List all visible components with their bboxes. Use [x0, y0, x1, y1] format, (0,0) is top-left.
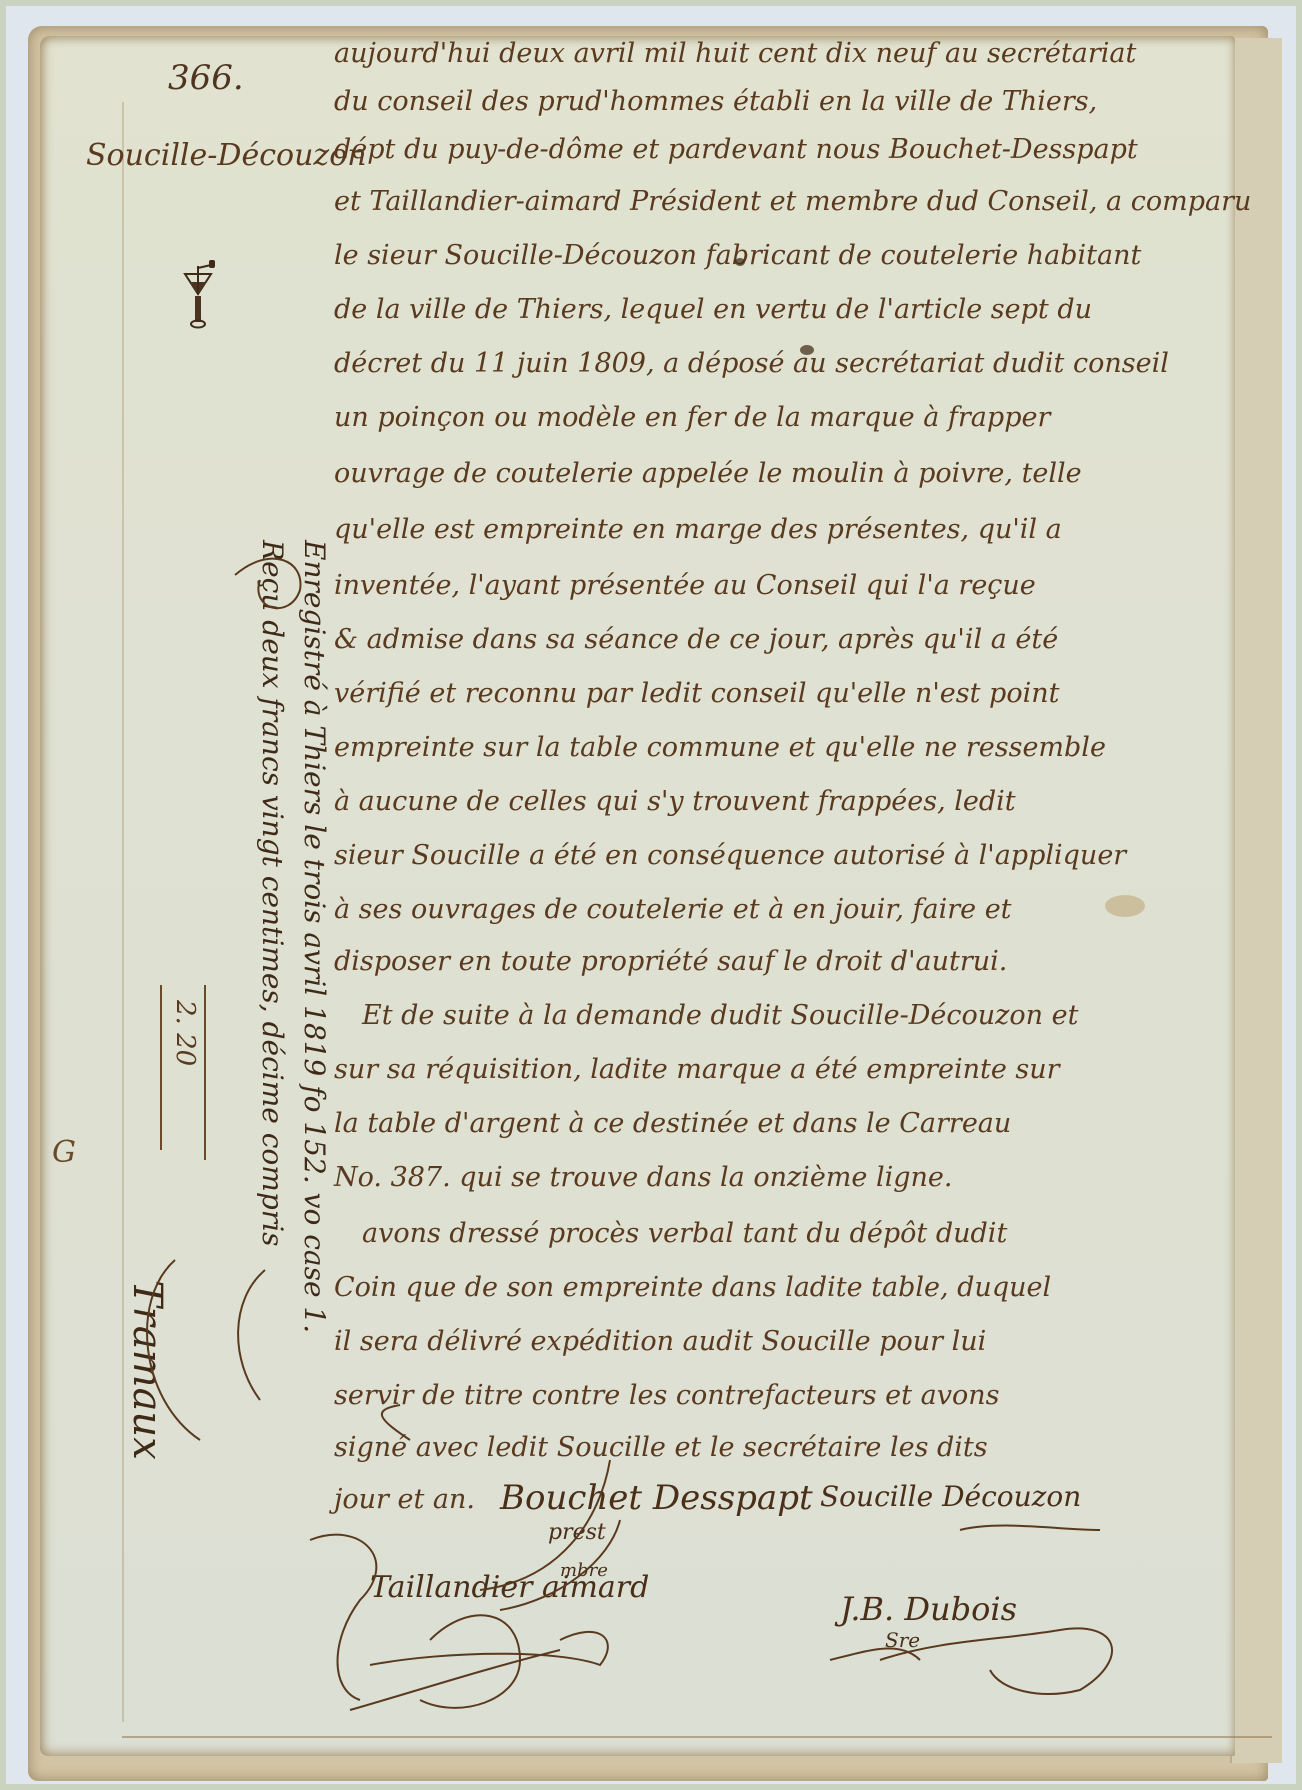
text-line: un poinçon ou modèle en fer de la marque… — [334, 402, 1050, 433]
ink-blot — [735, 258, 745, 266]
signature-secretary: J.B. Dubois — [840, 1590, 1017, 1628]
text-line: servir de titre contre les contrefacteur… — [334, 1380, 999, 1411]
ink-stain — [1105, 895, 1145, 917]
text-line: Coin que de son empreinte dans ladite ta… — [334, 1272, 1051, 1303]
text-line: inventée, l'ayant présentée au Conseil q… — [334, 570, 1036, 601]
text-line: la table d'argent à ce destinée et dans … — [334, 1108, 1011, 1139]
registration-line: Reçu deux francs vingt centimes, décime … — [251, 540, 293, 1440]
text-line: dépt du puy-de-dôme et pardevant nous Bo… — [334, 134, 1138, 165]
folio-number: 366. — [168, 58, 244, 98]
next-page-edge — [1230, 38, 1282, 1763]
signature-president: Bouchet Desspapt — [500, 1478, 813, 1518]
text-line: Et de suite à la demande dudit Soucille-… — [362, 1000, 1078, 1031]
ink-blot — [800, 345, 814, 355]
signature-member-role: mbre — [560, 1560, 608, 1581]
bottom-edge-line — [122, 1736, 1272, 1738]
signature-depositor: Soucille Découzon — [820, 1480, 1081, 1513]
text-line: aujourd'hui deux avril mil huit cent dix… — [334, 38, 1136, 69]
text-line: à ses ouvrages de coutelerie et à en jou… — [334, 894, 1012, 925]
text-line: vérifié et reconnu par ledit conseil qu'… — [334, 678, 1059, 709]
text-line: avons dressé procès verbal tant du dépôt… — [362, 1218, 1007, 1249]
text-line: & admise dans sa séance de ce jour, aprè… — [334, 624, 1058, 655]
registration-margin-note: Enregistré à Thiers le trois avril 1819 … — [251, 540, 335, 1440]
text-line: empreinte sur la table commune et qu'ell… — [334, 732, 1106, 763]
margin-heading: Soucille-Découzon — [86, 138, 367, 173]
text-line: sieur Soucille a été en conséquence auto… — [334, 840, 1126, 871]
text-line: de la ville de Thiers, lequel en vertu d… — [334, 294, 1092, 325]
text-line: et Taillandier-aimard Président et membr… — [334, 186, 1251, 217]
text-line: du conseil des prud'hommes établi en la … — [334, 86, 1097, 117]
fee-rule-line — [160, 985, 162, 1150]
text-line: à aucune de celles qui s'y trouvent frap… — [334, 786, 1016, 817]
text-line: le sieur Soucille-Découzon fabricant de … — [334, 240, 1141, 271]
text-line: No. 387. qui se trouve dans la onzième l… — [334, 1162, 952, 1193]
text-line: signé avec ledit Soucille et le secrétai… — [334, 1432, 988, 1463]
text-line: sur sa réquisition, ladite marque a été … — [334, 1054, 1060, 1085]
fee-rule-line — [204, 985, 206, 1160]
signature-president-role: prest — [548, 1520, 606, 1545]
fee-amount: 2. 20 — [170, 1000, 200, 1066]
pepper-mill-mark-icon — [183, 260, 219, 332]
text-line: jour et an. — [334, 1484, 475, 1515]
gutter-mark: G — [52, 1135, 76, 1170]
margin-fold-line — [122, 102, 124, 1722]
registration-line: Enregistré à Thiers le trois avril 1819 … — [293, 540, 335, 1440]
signature-secretary-role: Sre — [885, 1628, 920, 1652]
text-line: il sera délivré expédition audit Soucill… — [334, 1326, 986, 1357]
receiver-signature: Tramaux — [124, 1280, 170, 1460]
text-line: qu'elle est empreinte en marge des prése… — [334, 514, 1062, 545]
text-line: disposer en toute propriété sauf le droi… — [334, 946, 1007, 977]
text-line: décret du 11 juin 1809, a déposé au secr… — [334, 348, 1169, 379]
text-line: ouvrage de coutelerie appelée le moulin … — [334, 458, 1082, 489]
